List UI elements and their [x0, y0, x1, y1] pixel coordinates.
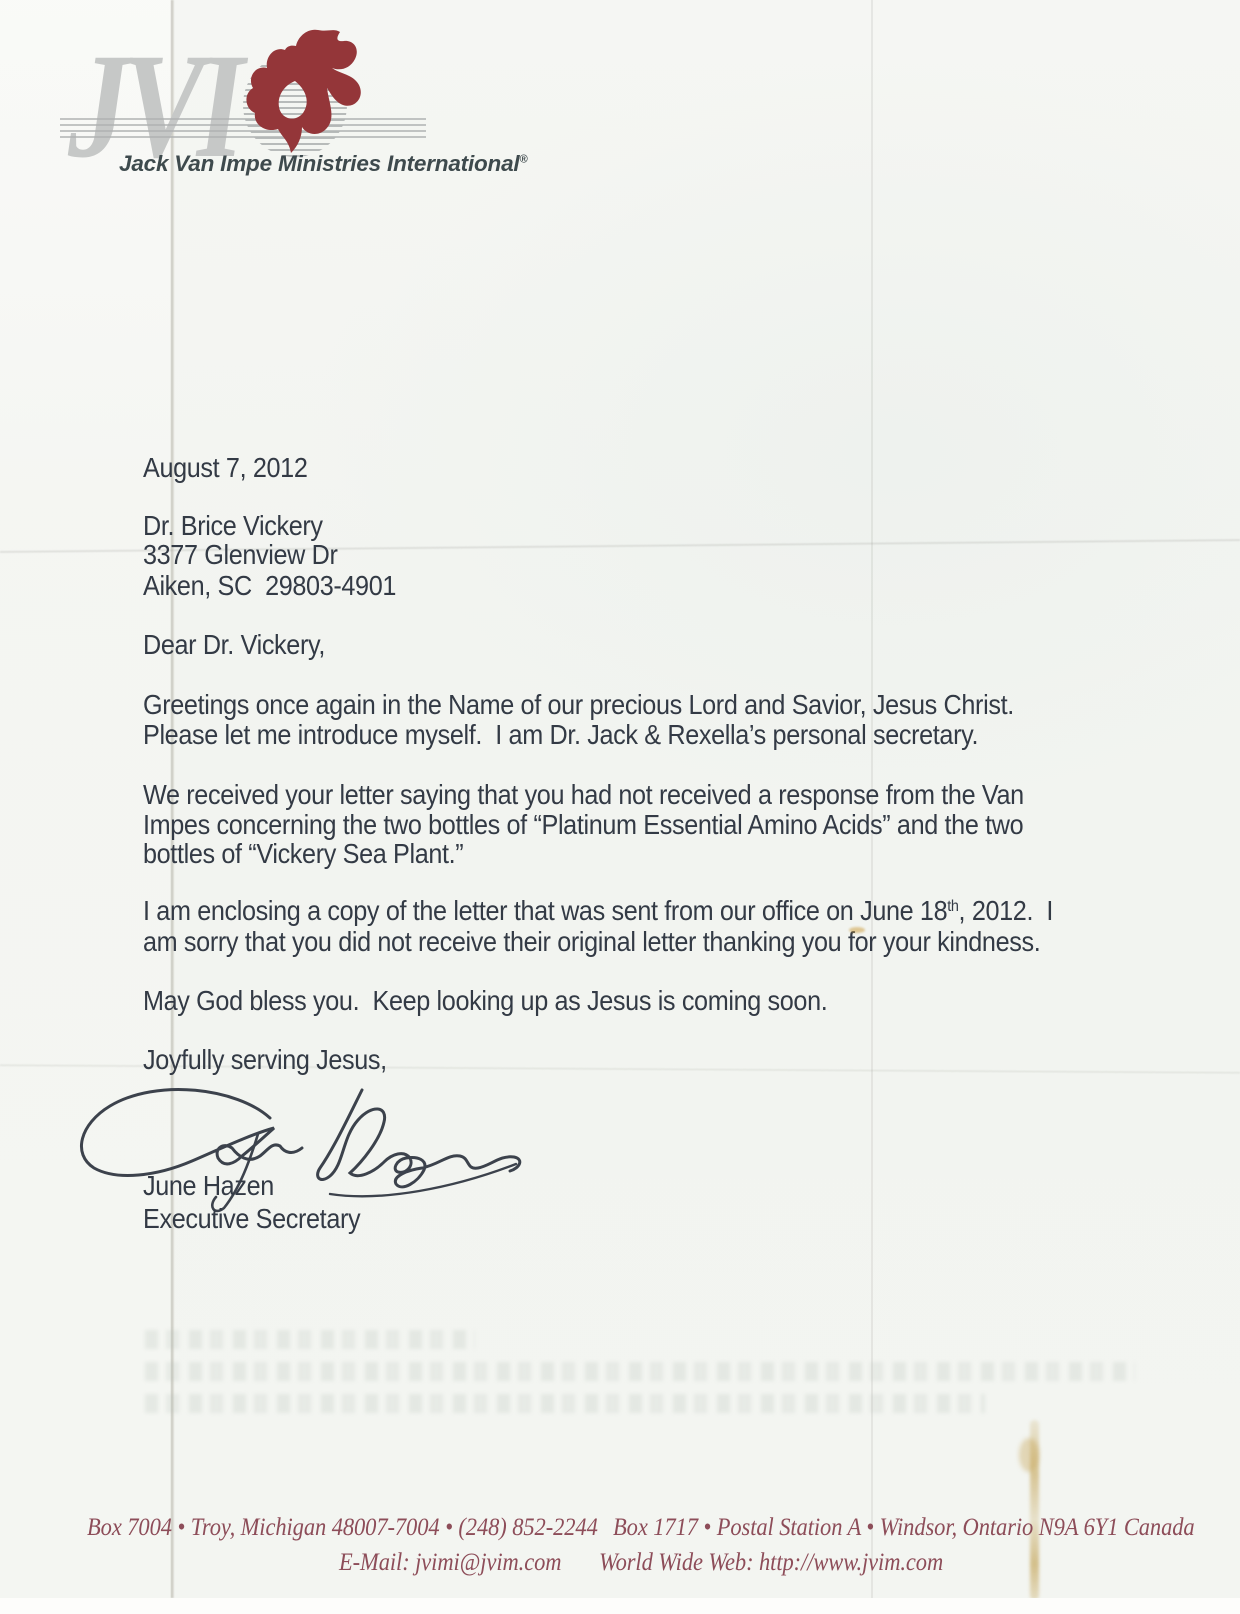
- paragraph4: May God bless you. Keep looking up as Je…: [143, 986, 827, 1016]
- scanned-letter-page: JVI Jack Van Impe Ministries Internation…: [0, 0, 1240, 1614]
- scan-edge: [0, 1598, 1240, 1614]
- show-through-text-row: [145, 1330, 475, 1349]
- paragraph3-line2: am sorry that you did not receive their …: [143, 927, 1040, 957]
- ink-speck: [849, 927, 865, 933]
- closing: Joyfully serving Jesus,: [143, 1045, 387, 1075]
- signature: [62, 1076, 542, 1216]
- ordinal-superscript: th: [947, 898, 958, 915]
- signer-name: June Hazen: [143, 1171, 274, 1201]
- paragraph1-line1: Greetings once again in the Name of our …: [143, 690, 1014, 720]
- footer-website: World Wide Web: http://www.jvim.com: [599, 1549, 943, 1577]
- footer-email: E-Mail: jvimi@jvim.com: [339, 1549, 561, 1577]
- paragraph2-line1: We received your letter saying that you …: [143, 780, 1024, 810]
- recipient-name: Dr. Brice Vickery: [143, 511, 323, 541]
- show-through-text-row: [145, 1394, 985, 1413]
- footer-canada-address: Box 1717 • Postal Station A • Windsor, O…: [613, 1514, 1195, 1542]
- org-name-text: Jack Van Impe Ministries International: [119, 151, 519, 176]
- recipient-street: 3377 Glenview Dr: [143, 540, 338, 570]
- signer-title: Executive Secretary: [143, 1204, 360, 1234]
- flame-icon: [236, 24, 368, 156]
- show-through-text-row: [145, 1362, 1135, 1381]
- stain-streak: [1030, 1420, 1039, 1600]
- footer-us-address: Box 7004 • Troy, Michigan 48007-7004 • (…: [87, 1514, 598, 1542]
- paragraph2-line2: Impes concerning the two bottles of “Pla…: [143, 810, 1023, 840]
- registered-mark: ®: [519, 154, 527, 166]
- paragraph3-line1: I am enclosing a copy of the letter that…: [143, 896, 1053, 926]
- org-name: Jack Van Impe Ministries International®: [119, 151, 527, 177]
- letter-date: August 7, 2012: [143, 453, 308, 483]
- paragraph1-line2: Please let me introduce myself. I am Dr.…: [143, 720, 978, 750]
- paragraph3-line1-tail: , 2012. I: [959, 895, 1053, 926]
- salutation: Dear Dr. Vickery,: [143, 630, 325, 660]
- paragraph3-line1-text: I am enclosing a copy of the letter that…: [143, 895, 947, 926]
- recipient-city-zip: Aiken, SC 29803-4901: [143, 571, 396, 601]
- paragraph2-line3: bottles of “Vickery Sea Plant.”: [143, 839, 463, 869]
